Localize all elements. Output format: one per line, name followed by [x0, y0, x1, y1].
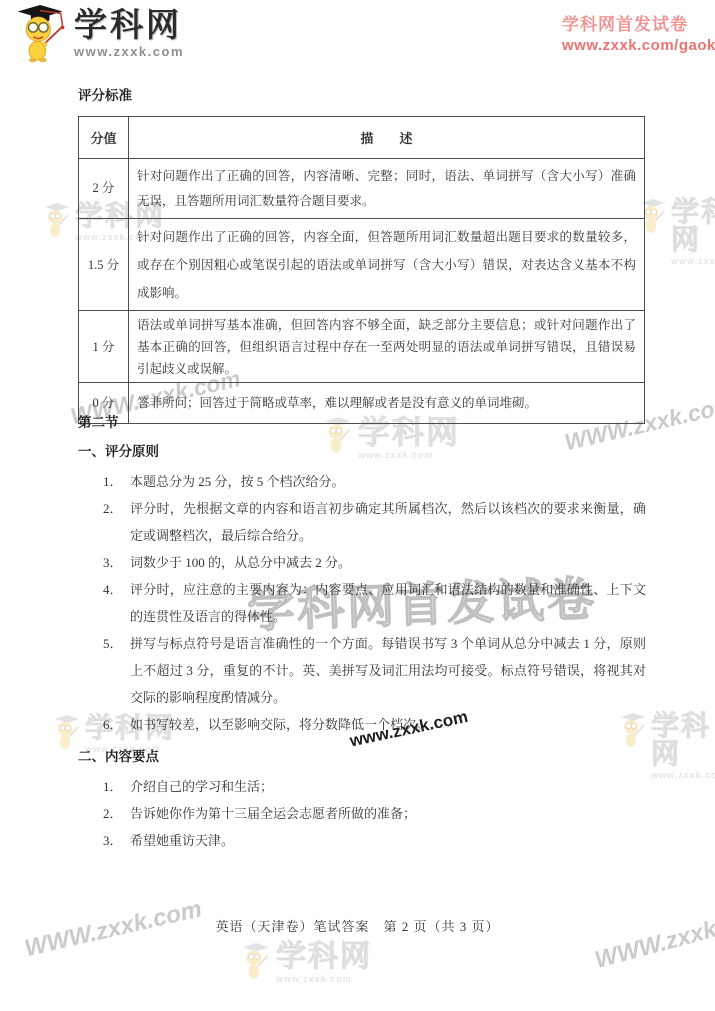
points-list: 1． 介绍自己的学习和生活； 2． 告诉她你作为第十三届全运会志愿者所做的准备；… — [78, 773, 646, 854]
watermark-url-bottom-right: WWW.zxxk.com — [592, 901, 715, 975]
item-text: 告诉她你作为第十三届全运会志愿者所做的准备； — [130, 806, 416, 821]
item-text: 评分时，先根据文章的内容和语言初步确定其所属档次，然后以该档次的要求来衡量，确定… — [130, 501, 646, 543]
item-number: 2． — [103, 495, 123, 522]
brand-name: 学科网 — [74, 8, 184, 41]
scoring-table: 分值 描 述 2 分 针对问题作出了正确的回答，内容清晰、完整；同时，语法、单词… — [78, 116, 645, 424]
table-row: 1 分 语法或单词拼写基本准确，但回答内容不够全面，缺乏部分主要信息；或针对问题… — [79, 311, 645, 383]
score-cell: 1 分 — [79, 311, 129, 383]
watermark-brand-text: 学科网 — [671, 198, 715, 254]
list-item: 2． 告诉她你作为第十三届全运会志愿者所做的准备； — [78, 800, 646, 827]
zxxk-mascot-icon — [42, 202, 72, 243]
body-sections: 第二节 一、评分原则 1． 本题总分为 25 分，按 5 个档次给分。 2． 评… — [78, 413, 646, 860]
brand-url: www.zxxk.com — [74, 44, 184, 59]
item-number: 3． — [103, 549, 123, 576]
corner-banner: 学科网首发试卷 www.zxxk.com/gaok — [562, 10, 715, 54]
score-cell: 2 分 — [79, 159, 129, 219]
points-title: 二、内容要点 — [78, 747, 646, 766]
column-header-desc: 描 述 — [129, 117, 645, 159]
zxxk-mascot-icon — [240, 942, 272, 985]
watermark-brand-url: www.zxxk.com — [651, 770, 715, 780]
item-text: 本题总分为 25 分，按 5 个档次给分。 — [130, 474, 345, 489]
item-number: 5． — [103, 630, 123, 657]
desc-cell: 针对问题作出了正确的回答，内容清晰、完整；同时，语法、单词拼写（含大小写）准确无… — [129, 159, 645, 219]
scoring-criteria-heading: 评分标准 — [78, 84, 132, 104]
item-text: 拼写与标点符号是语言准确性的一个方面。每错误书写 3 个单词从总分中减去 1 分… — [130, 636, 646, 705]
page-footer-caption: 英语（天津卷）笔试答案 第 2 页（共 3 页） — [0, 916, 715, 935]
watermark-logo-table-right: 学科网 www.zxxk.com — [638, 198, 715, 266]
list-item: 3． 词数少于 100 的，从总分中减去 2 分。 — [78, 549, 646, 576]
list-item: 1． 本题总分为 25 分，按 5 个档次给分。 — [78, 468, 646, 495]
watermark-logo-bottom-center: 学科网 www.zxxk.com — [240, 942, 372, 985]
column-header-score: 分值 — [79, 117, 129, 159]
principles-list: 1． 本题总分为 25 分，按 5 个档次给分。 2． 评分时，先根据文章的内容… — [78, 468, 646, 738]
table-row: 1.5 分 针对问题作出了正确的回答，内容全面，但答题所用词汇数量超出题目要求的… — [79, 219, 645, 311]
score-cell: 1.5 分 — [79, 219, 129, 311]
watermark-brand-url: www.zxxk.com — [276, 974, 372, 984]
item-number: 4． — [103, 576, 123, 603]
item-text: 词数少于 100 的，从总分中减去 2 分。 — [130, 555, 351, 570]
table-row: 2 分 针对问题作出了正确的回答，内容清晰、完整；同时，语法、单词拼写（含大小写… — [79, 159, 645, 219]
watermark-brand-text: 学科网 — [276, 942, 372, 972]
list-item: 3． 希望她重访天津。 — [78, 827, 646, 854]
item-text: 评分时，应注意的主要内容为：内容要点、应用词汇和语法结构的数量和准确性、上下文的… — [130, 582, 646, 624]
item-text: 介绍自己的学习和生活； — [130, 779, 273, 794]
item-number: 2． — [103, 800, 123, 827]
desc-cell: 针对问题作出了正确的回答，内容全面，但答题所用词汇数量超出题目要求的数量较多，或… — [129, 219, 645, 311]
item-number: 1． — [103, 773, 123, 800]
principles-title: 一、评分原则 — [78, 442, 646, 461]
corner-banner-url: www.zxxk.com/gaok — [562, 37, 715, 54]
item-text: 希望她重访天津。 — [130, 833, 234, 848]
list-item: 6． 如书写较差，以至影响交际，将分数降低一个档次。 — [78, 711, 646, 738]
section2-title: 第二节 — [78, 413, 646, 432]
item-number: 6． — [103, 711, 123, 738]
list-item: 1． 介绍自己的学习和生活； — [78, 773, 646, 800]
list-item: 5． 拼写与标点符号是语言准确性的一个方面。每错误书写 3 个单词从总分中减去 … — [78, 630, 646, 711]
item-number: 1． — [103, 468, 123, 495]
item-text: 如书写较差，以至影响交际，将分数降低一个档次。 — [130, 717, 429, 732]
document-page: WWW.zxxk.com WWW.zxxk.com WWW.zxxk.com W… — [0, 0, 715, 1011]
list-item: 2． 评分时，先根据文章的内容和语言初步确定其所属档次，然后以该档次的要求来衡量… — [78, 495, 646, 549]
brand-logo: 学科网 www.zxxk.com — [14, 2, 184, 69]
table-header-row: 分值 描 述 — [79, 117, 645, 159]
desc-cell: 语法或单词拼写基本准确，但回答内容不够全面，缺乏部分主要信息；或针对问题作出了基… — [129, 311, 645, 383]
item-number: 3． — [103, 827, 123, 854]
watermark-brand-text: 学科网 — [651, 712, 715, 768]
zxxk-mascot-icon — [14, 2, 70, 69]
list-item: 4． 评分时，应注意的主要内容为：内容要点、应用词汇和语法结构的数量和准确性、上… — [78, 576, 646, 630]
watermark-brand-url: www.zxxk.com — [671, 256, 715, 266]
corner-banner-title: 学科网首发试卷 — [562, 10, 715, 35]
